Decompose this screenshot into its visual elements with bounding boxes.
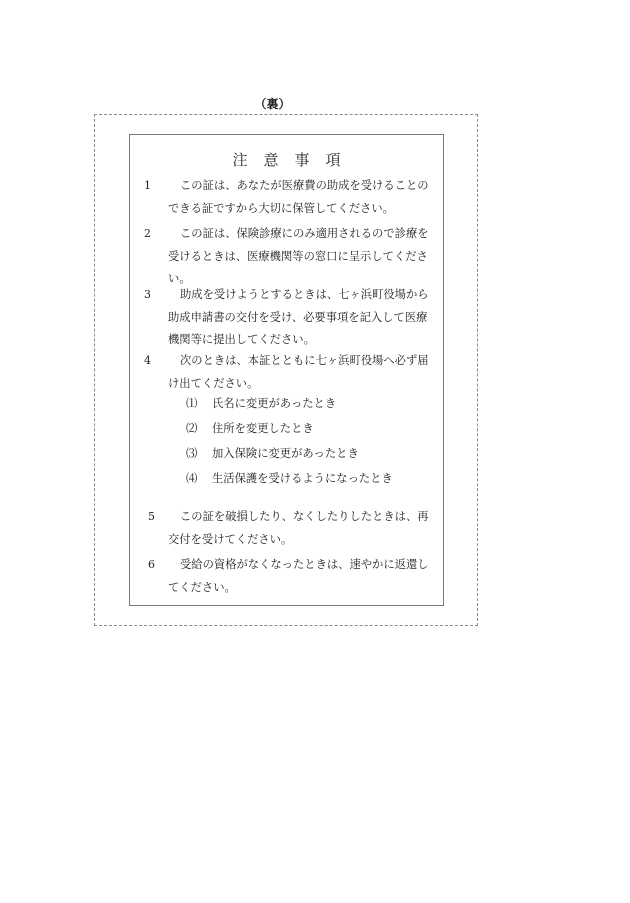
notice-subitem-4: ⑷生活保護を受けるようになったとき: [186, 468, 393, 490]
item-text: この証を破損したり、なくしたりしたときは、再交付を受けてください。: [168, 506, 437, 551]
notice-subitem-2: ⑵住所を変更したとき: [186, 418, 314, 440]
subitem-text: 住所を変更したとき: [212, 422, 314, 435]
item-text: 助成を受けようとするときは、七ヶ浜町役場から助成申請書の交付を受け、必要事項を記…: [168, 284, 437, 352]
item-number: 5: [148, 506, 155, 529]
item-number: 1: [144, 175, 151, 198]
notice-subitem-3: ⑶加入保険に変更があったとき: [186, 443, 359, 465]
item-text: 次のときは、本証とともに七ヶ浜町役場へ必ず届け出てください。: [168, 350, 437, 395]
item-text: この証は、保険診療にのみ適用されるので診療を受けるときは、医療機関等の窓口に呈示…: [168, 223, 437, 291]
back-side-label: （裏）: [0, 95, 545, 112]
subitem-text: 氏名に変更があったとき: [212, 397, 336, 410]
item-text: 受給の資格がなくなったときは、速やかに返還してください。: [168, 554, 437, 599]
item-number: 6: [148, 554, 155, 577]
item-number: 4: [144, 350, 151, 373]
subitem-number: ⑴: [186, 393, 212, 415]
notice-title: 注意事項: [130, 149, 443, 170]
subitem-number: ⑵: [186, 418, 212, 440]
subitem-number: ⑷: [186, 468, 212, 490]
subitem-text: 生活保護を受けるようになったとき: [212, 472, 393, 485]
item-number: 2: [144, 223, 151, 246]
subitem-number: ⑶: [186, 443, 212, 465]
notice-box: 注意事項 1 この証は、あなたが医療費の助成を受けることのできる証ですから大切に…: [129, 134, 444, 606]
item-number: 3: [144, 284, 151, 307]
notice-subitem-1: ⑴氏名に変更があったとき: [186, 393, 336, 415]
item-text: この証は、あなたが医療費の助成を受けることのできる証ですから大切に保管してくださ…: [168, 175, 437, 220]
subitem-text: 加入保険に変更があったとき: [212, 447, 359, 460]
